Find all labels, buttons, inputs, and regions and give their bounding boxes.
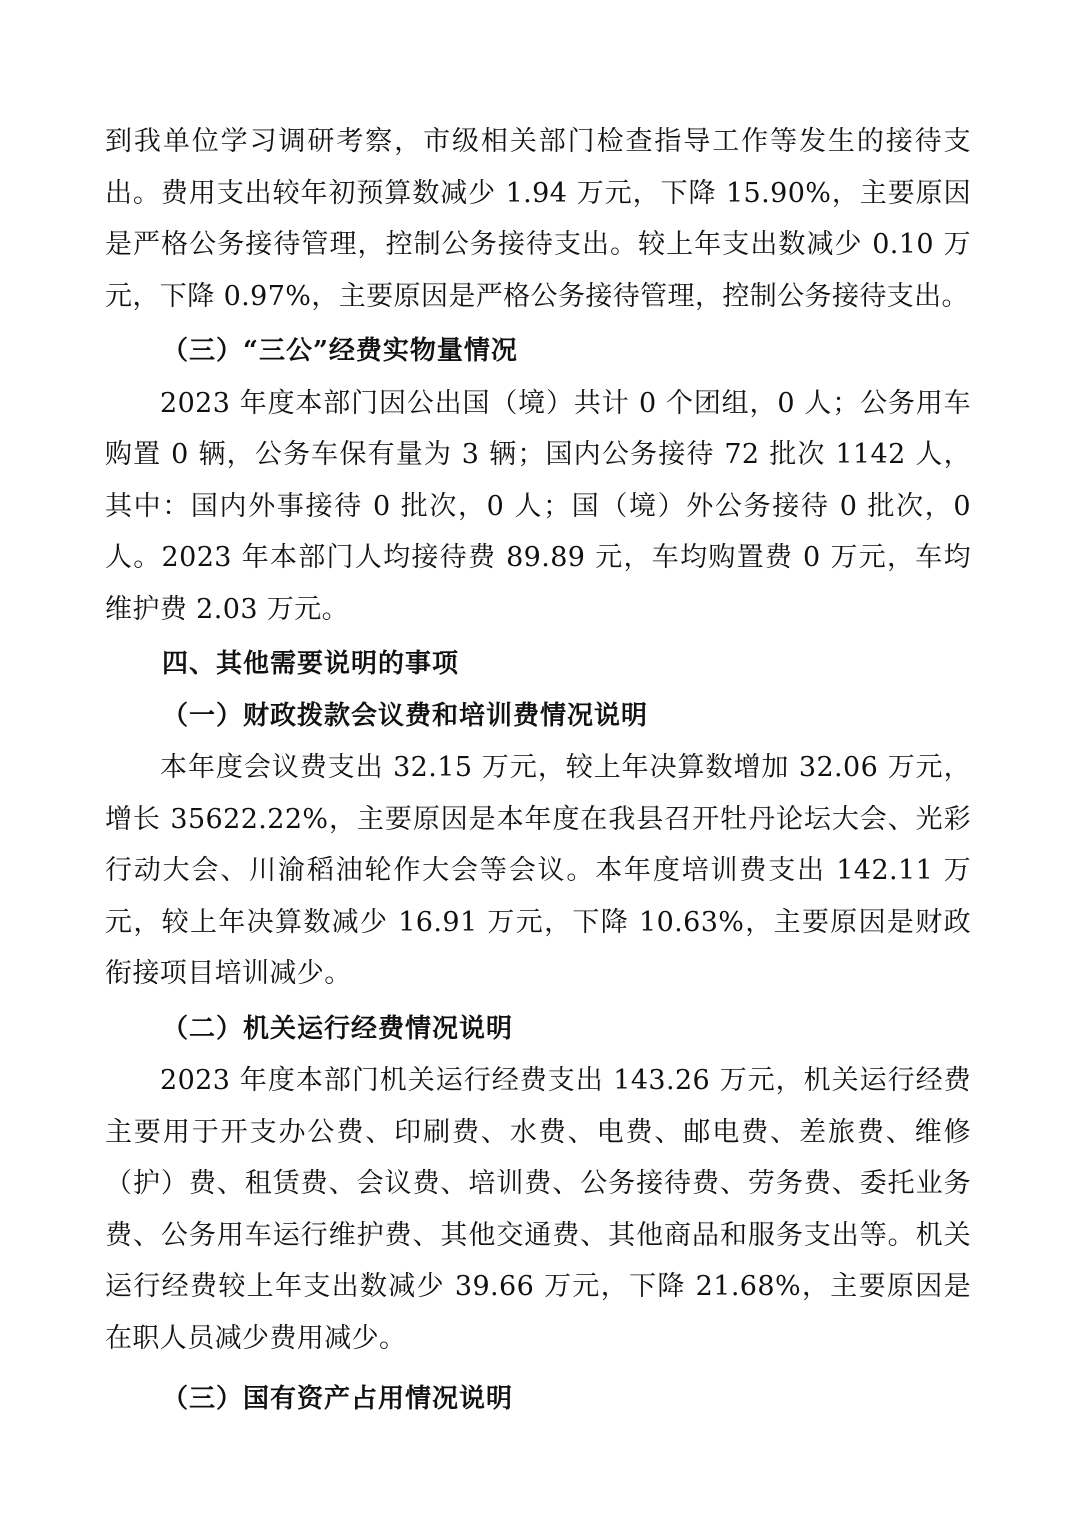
subheading-meeting-training-fees: （一）财政拨款会议费和培训费情况说明: [105, 691, 971, 743]
paragraph-three-public-physical: 2023 年度本部门因公出国（境）共计 0 个团组，0 人；公务用车购置 0 辆…: [105, 378, 971, 636]
subheading-operating-expenses: （二）机关运行经费情况说明: [105, 1004, 971, 1056]
paragraph-reception-expense: 到我单位学习调研考察，市级相关部门检查指导工作等发生的接待支出。费用支出较年初预…: [105, 116, 971, 322]
subheading-three-public-physical: （三）“三公”经费实物量情况: [105, 326, 971, 378]
heading-other-matters: 四、其他需要说明的事项: [105, 639, 971, 691]
subheading-state-assets: （三）国有资产占用情况说明: [105, 1374, 971, 1426]
paragraph-meeting-training-fees: 本年度会议费支出 32.15 万元，较上年决算数增加 32.06 万元，增长 3…: [105, 742, 971, 1000]
document-page: 到我单位学习调研考察，市级相关部门检查指导工作等发生的接待支出。费用支出较年初预…: [105, 116, 971, 1426]
paragraph-operating-expenses: 2023 年度本部门机关运行经费支出 143.26 万元，机关运行经费主要用于开…: [105, 1055, 971, 1364]
